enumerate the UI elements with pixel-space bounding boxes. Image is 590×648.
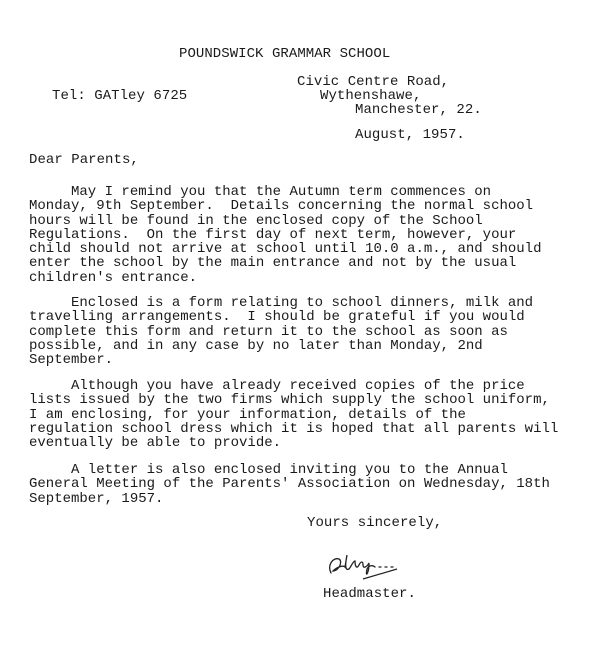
closing: Yours sincerely,: [307, 516, 442, 530]
paragraph-term-start: May I remind you that the Autumn term co…: [29, 185, 541, 285]
school-name: POUNDSWICK GRAMMAR SCHOOL: [179, 47, 390, 61]
address-line-3: Manchester, 22.: [355, 103, 482, 117]
letter-date: August, 1957.: [355, 128, 465, 142]
salutation: Dear Parents,: [29, 153, 139, 167]
paragraph-agm: A letter is also enclosed inviting you t…: [29, 463, 550, 506]
signature-image: [323, 543, 413, 583]
paragraph-uniform: Although you have already received copie…: [29, 379, 558, 450]
telephone: Tel: GATley 6725: [52, 89, 187, 103]
signatory-title: Headmaster.: [323, 587, 416, 601]
paragraph-form: Enclosed is a form relating to school di…: [29, 296, 533, 367]
